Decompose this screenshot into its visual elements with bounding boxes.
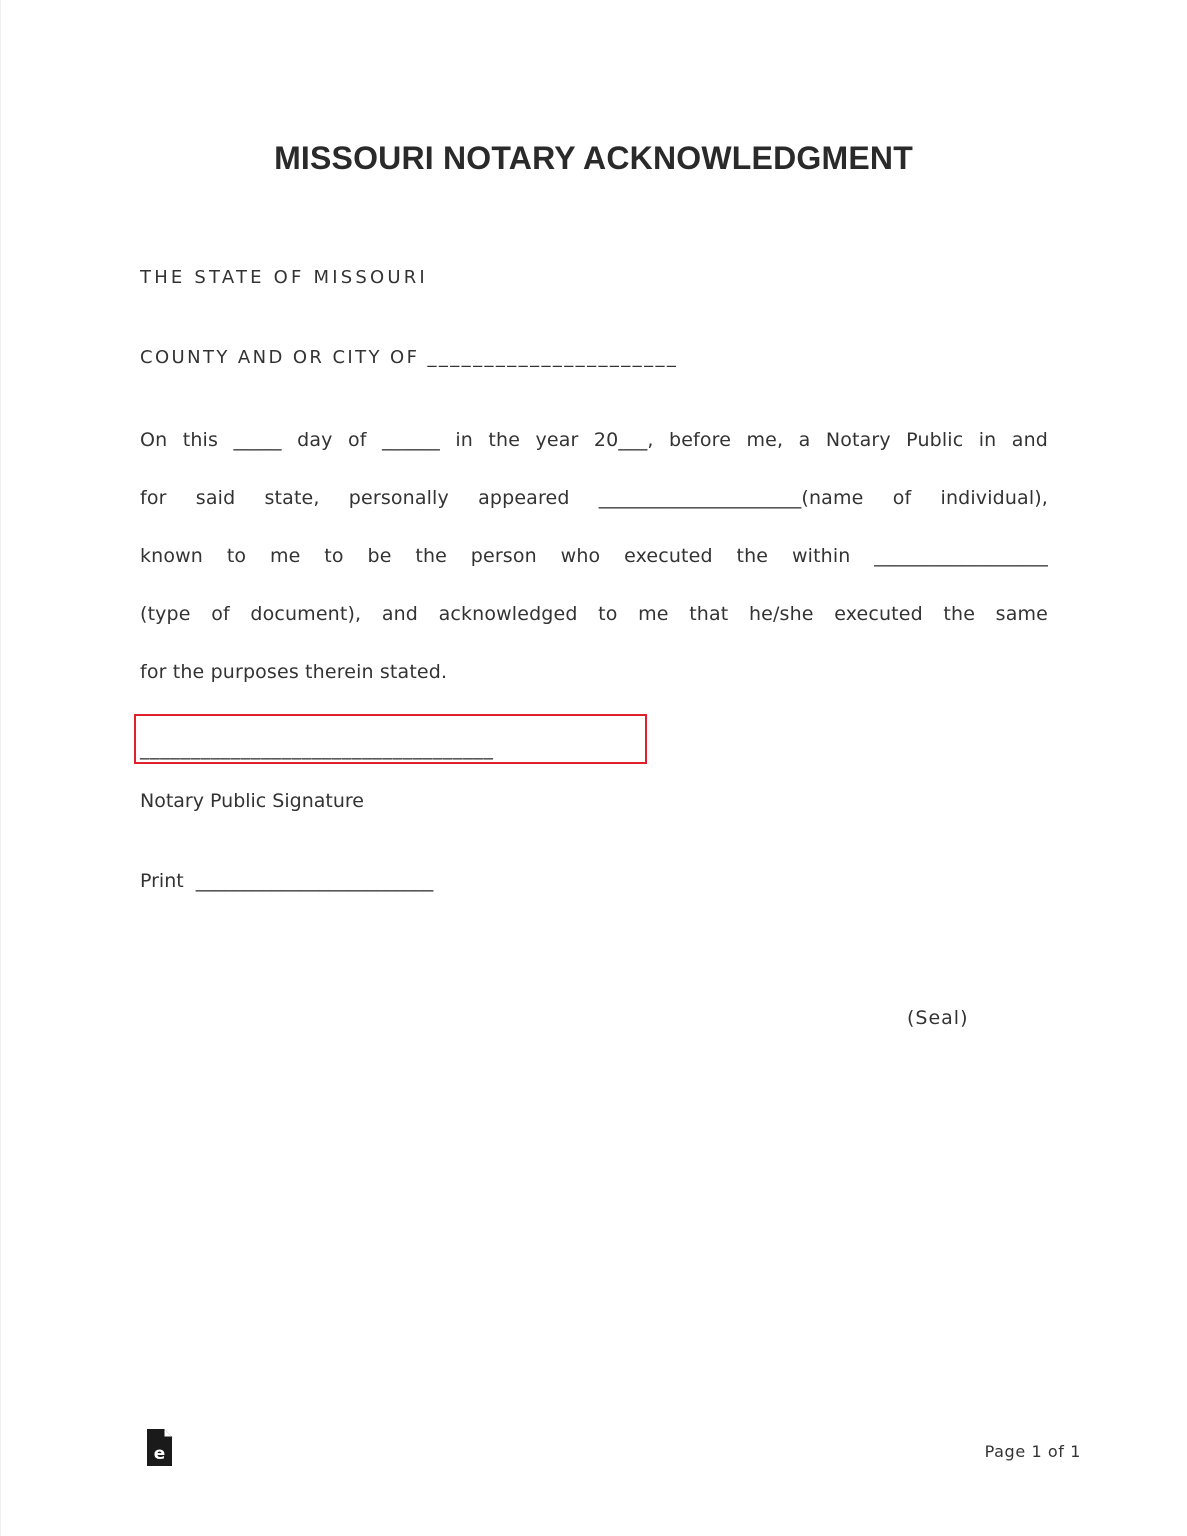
notary-signature-line[interactable]: ___________________________________ xyxy=(140,738,494,760)
seal-label: (Seal) xyxy=(907,1007,969,1029)
notary-signature-label: Notary Public Signature xyxy=(140,790,364,812)
county-line[interactable]: COUNTY AND OR CITY OF __________________… xyxy=(140,347,678,368)
svg-text:e: e xyxy=(154,1444,166,1464)
paragraph-line-2[interactable]: for said state, personally appeared ____… xyxy=(140,478,1048,536)
acknowledgment-paragraph: On this _____ day of ______ in the year … xyxy=(140,420,1048,710)
paragraph-line-3[interactable]: known to me to be the person who execute… xyxy=(140,536,1048,594)
eforms-logo-icon: e xyxy=(147,1429,172,1466)
paragraph-line-1[interactable]: On this _____ day of ______ in the year … xyxy=(140,420,1048,478)
page-number: Page 1 of 1 xyxy=(985,1442,1081,1461)
state-line: THE STATE OF MISSOURI xyxy=(140,267,428,288)
print-name-line[interactable]: Print _________________________ xyxy=(140,870,433,892)
page-edge-left xyxy=(0,0,1,1536)
paragraph-line-5: for the purposes therein stated. xyxy=(140,652,1048,710)
paragraph-line-4[interactable]: (type of document), and acknowledged to … xyxy=(140,594,1048,652)
document-page: MISSOURI NOTARY ACKNOWLEDGMENT THE STATE… xyxy=(0,0,1187,1536)
document-title: MISSOURI NOTARY ACKNOWLEDGMENT xyxy=(0,140,1187,177)
